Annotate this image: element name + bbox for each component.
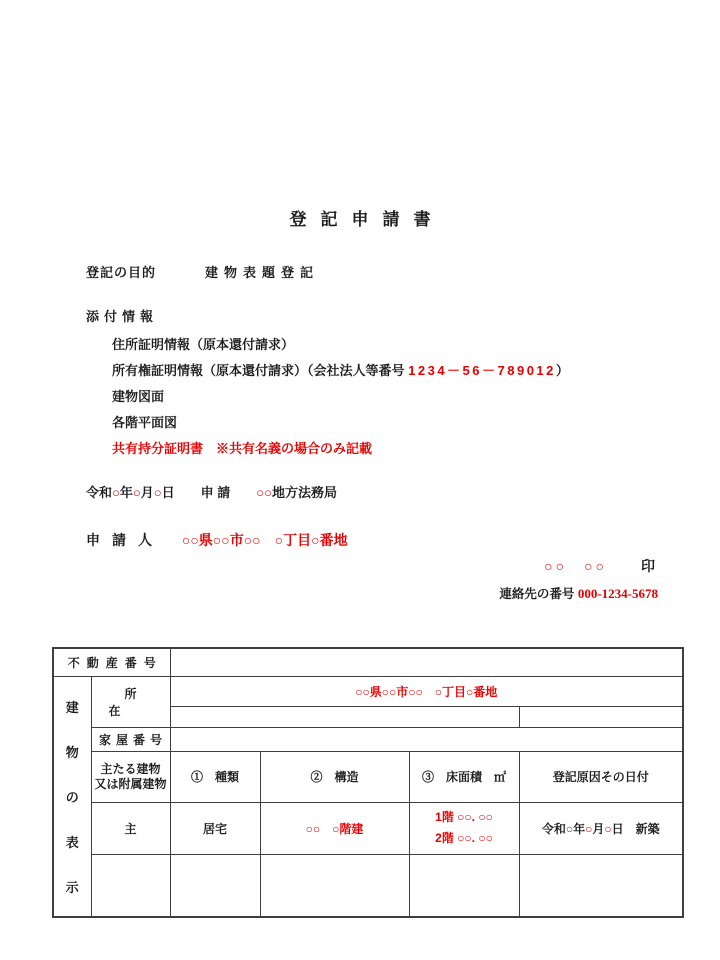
building-display-label: 建物の表示: [53, 676, 91, 917]
cause-date-header: 登記原因その日付: [519, 751, 683, 802]
house-number-value-cell: [170, 727, 683, 751]
location-sub-cell-left: [170, 706, 519, 727]
type-header: ① 種類: [170, 751, 260, 802]
purpose-label: 登記の目的: [86, 262, 156, 281]
attachment-item-ownership-cert: 所有権証明情報（原本還付請求）（会社法人等番号 1234－56－789012）: [112, 360, 569, 379]
empty-kind-cell: [91, 854, 170, 917]
purpose-value: 建物表題登記: [205, 262, 319, 281]
applicant-line: 申請人 ○○県○○市○○ ○丁目○番地: [86, 530, 348, 550]
applicant-address: ○○県○○市○○ ○丁目○番地: [182, 532, 348, 548]
building-description-table: 不動産番号 建物の表示 所在 ○○県○○市○○ ○丁目○番地 家屋番号 主たる建…: [52, 647, 684, 918]
floor-area-header: ③ 床面積 ㎡: [409, 751, 519, 802]
building-kind-value: 主: [91, 802, 170, 854]
attachment-item-co-ownership-cert: 共有持分証明書 ※共有名義の場合のみ記載: [112, 438, 372, 457]
structure-value: ○○ ○階建: [260, 802, 409, 854]
property-number-value-cell: [170, 648, 683, 676]
cause-date-value: 令和○年○月○日 新築: [519, 802, 683, 854]
property-number-label: 不動産番号: [53, 648, 170, 676]
floor-area-value: 1階 ○○. ○○ 2階 ○○. ○○: [409, 802, 519, 854]
applicant-label: 申請人: [86, 532, 164, 548]
type-value: 居宅: [170, 802, 260, 854]
empty-cause-cell: [519, 854, 683, 917]
attachment-item-building-drawing: 建物図面: [112, 386, 164, 405]
empty-type-cell: [170, 854, 260, 917]
location-sub-cell-right: [519, 706, 683, 727]
empty-floor-area-cell: [409, 854, 519, 917]
application-date-line: 令和○年○月○日 申 請 ○○地方法務局: [86, 482, 337, 501]
attachment-item-floor-plan: 各階平面図: [112, 412, 177, 431]
empty-structure-cell: [260, 854, 409, 917]
attachment-item-address-cert: 住所証明情報（原本還付請求）: [112, 334, 294, 353]
house-number-label: 家屋番号: [91, 727, 170, 751]
building-kind-header: 主たる建物 又は附属建物: [91, 751, 170, 802]
registration-form-page: 登記申請書 登記の目的 建物表題登記 添付情報 住所証明情報（原本還付請求） 所…: [0, 0, 720, 960]
attachments-header: 添付情報: [86, 306, 158, 325]
contact-number-line: 連絡先の番号 000-1234-5678: [499, 584, 658, 602]
page-title: 登記申請書: [0, 205, 720, 230]
applicant-name-seal: ○○ ○○ 印: [544, 556, 658, 576]
location-label: 所在: [91, 676, 170, 727]
location-value: ○○県○○市○○ ○丁目○番地: [170, 676, 683, 706]
structure-header: ② 構造: [260, 751, 409, 802]
